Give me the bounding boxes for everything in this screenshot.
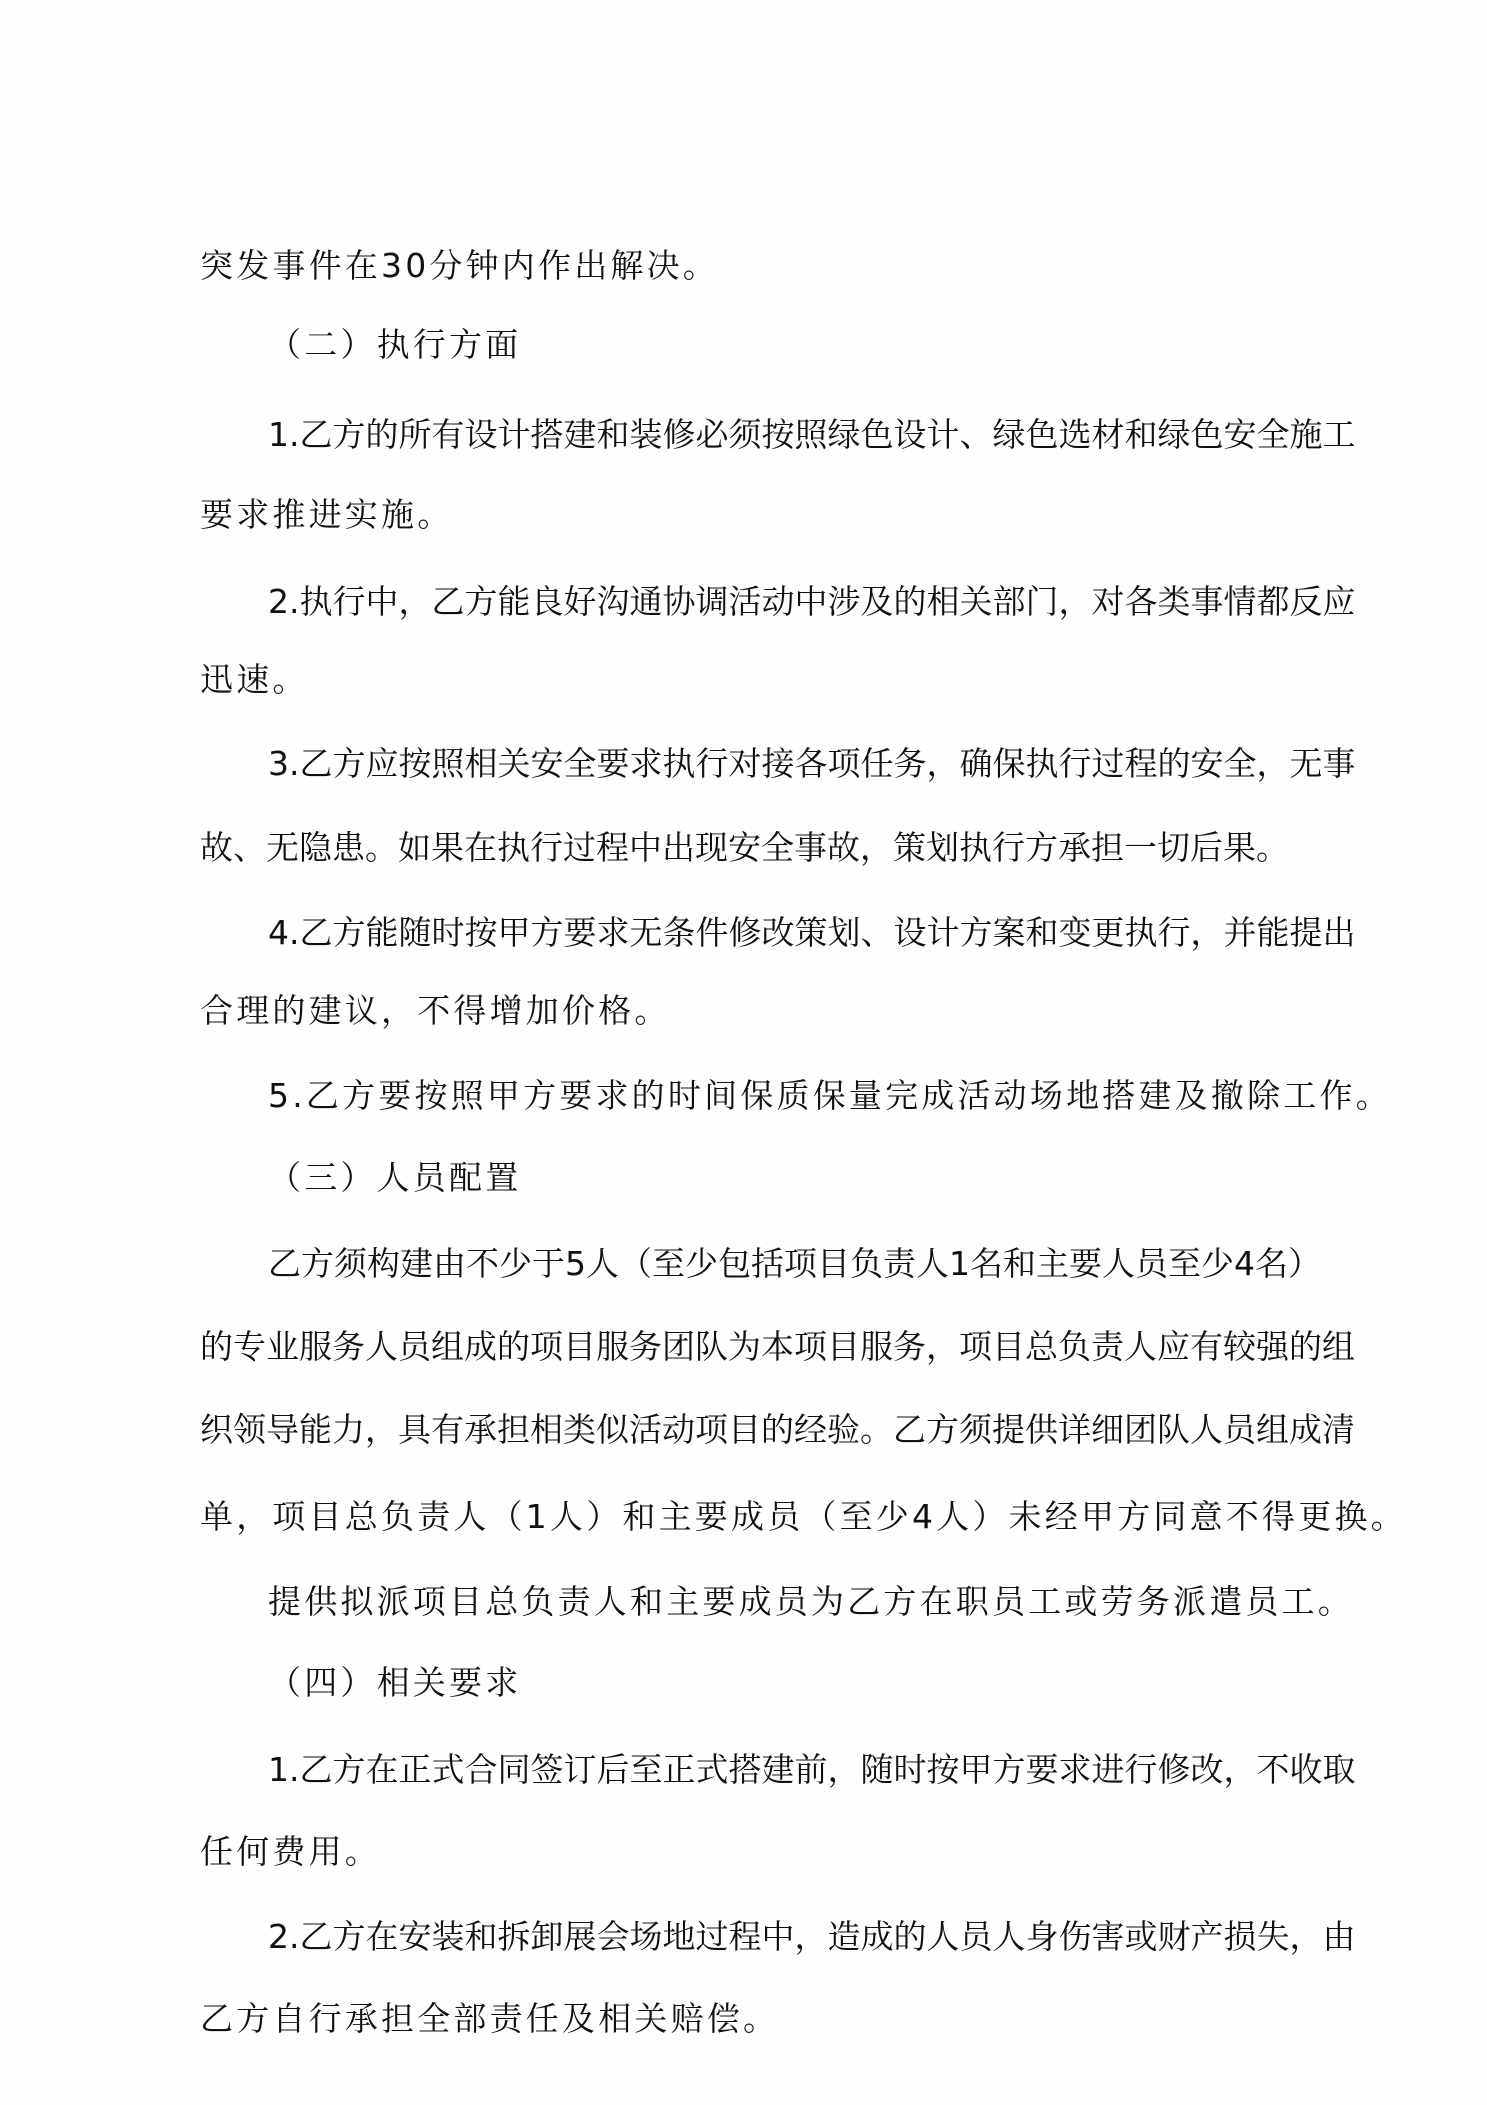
text-line: 任何费用。: [200, 1830, 1275, 1874]
text-line: 乙方须构建由不少于5人（至少包括项目负责人1名和主要人员至少4名）: [268, 1242, 1273, 1286]
section-heading-staffing: （三）人员配置: [268, 1156, 1273, 1200]
text-line: 1.乙方在正式合同签订后至正式搭建前，随时按甲方要求进行修改，不收取: [268, 1748, 1273, 1792]
section-heading-requirements: （四）相关要求: [268, 1661, 1273, 1705]
text-line: 故、无隐患。如果在执行过程中出现安全事故，策划执行方承担一切后果。: [200, 826, 1275, 870]
section-heading-execution: （二）执行方面: [268, 323, 1273, 367]
text-line: 3.乙方应按照相关安全要求执行对接各项任务，确保执行过程的安全，无事: [268, 742, 1273, 786]
text-line: 提供拟派项目总负责人和主要成员为乙方在职员工或劳务派遣员工。: [268, 1580, 1273, 1624]
text-line: 2.乙方在安装和拆卸展会场地过程中，造成的人员人身伤害或财产损失，由: [268, 1915, 1273, 1959]
text-line: 突发事件在30分钟内作出解决。: [200, 244, 1275, 288]
text-line: 织领导能力，具有承担相类似活动项目的经验。乙方须提供详细团队人员组成清: [200, 1408, 1275, 1452]
text-line: 迅速。: [200, 658, 1275, 702]
text-line: 乙方自行承担全部责任及相关赔偿。: [200, 1997, 1275, 2041]
text-line: 的专业服务人员组成的项目服务团队为本项目服务，项目总负责人应有较强的组: [200, 1325, 1275, 1369]
text-line: 要求推进实施。: [200, 493, 1275, 537]
text-line: 合理的建议，不得增加价格。: [200, 989, 1275, 1033]
text-line: 4.乙方能随时按甲方要求无条件修改策划、设计方案和变更执行，并能提出: [268, 911, 1273, 955]
text-line: 1.乙方的所有设计搭建和装修必须按照绿色设计、绿色选材和绿色安全施工: [268, 413, 1273, 457]
text-line: 单，项目总负责人（1人）和主要成员（至少4人）未经甲方同意不得更换。: [200, 1495, 1275, 1539]
text-line: 5.乙方要按照甲方要求的时间保质保量完成活动场地搭建及撤除工作。: [268, 1074, 1273, 1118]
document-page: 突发事件在30分钟内作出解决。 （二）执行方面 1.乙方的所有设计搭建和装修必须…: [0, 0, 1487, 2105]
text-line: 2.执行中，乙方能良好沟通协调活动中涉及的相关部门，对各类事情都反应: [268, 580, 1273, 624]
